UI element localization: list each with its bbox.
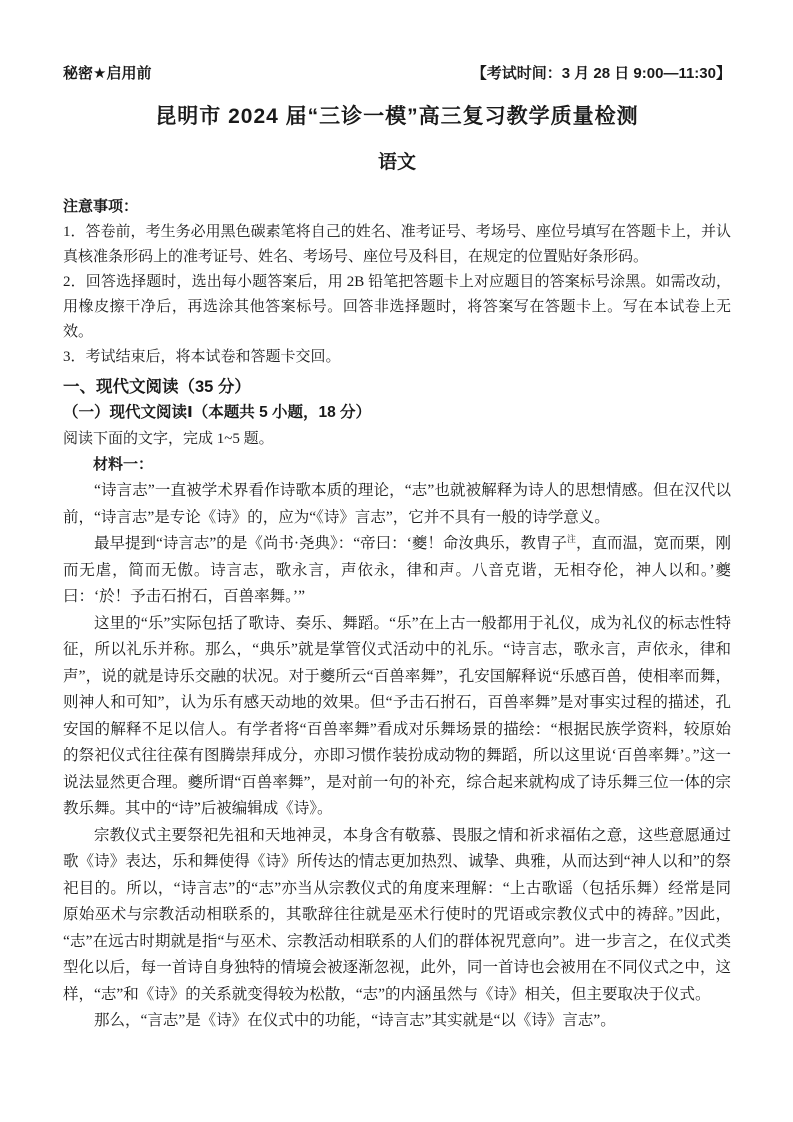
material-paragraph-2: 最早提到“诗言志”的是《尚书·尧典》：“帝曰：‘夔！命汝典乐，教胄子注，直而温，… (63, 531, 731, 611)
notice-item-2: 2．回答选择题时，选出每小题答案后，用 2B 铅笔把答题卡上对应题目的答案标号涂… (63, 270, 731, 345)
footnote-marker: 注 (567, 534, 576, 544)
material-paragraph-4: 宗教仪式主要祭祀先祖和天地神灵，本身含有敬慕、畏服之情和祈求福佑之意，这些意愿通… (63, 823, 731, 1009)
exam-time-label: 【考试时间：3 月 28 日 9:00—11:30】 (472, 62, 731, 83)
notice-section: 注意事项： 1．答卷前，考生务必用黑色碳素笔将自己的姓名、准考证号、考场号、座位… (63, 195, 731, 370)
material-one-body: “诗言志”一直被学术界看作诗歌本质的理论，“志”也就被解释为诗人的思想情感。但在… (63, 478, 731, 1035)
exam-paper-page: 秘密★启用前 【考试时间：3 月 28 日 9:00—11:30】 昆明市 20… (0, 0, 793, 1122)
material-one-label: 材料一： (63, 452, 731, 478)
notice-heading: 注意事项： (63, 195, 731, 220)
material-paragraph-5: 那么，“言志”是《诗》在仪式中的功能，“诗言志”其实就是“以《诗》言志”。 (63, 1008, 731, 1035)
section-heading-modern-reading: 一、现代文阅读（35 分） (63, 374, 731, 400)
notice-item-1: 1．答卷前，考生务必用黑色碳素笔将自己的姓名、准考证号、考场号、座位号填写在答题… (63, 220, 731, 270)
material-paragraph-1: “诗言志”一直被学术界看作诗歌本质的理论，“志”也就被解释为诗人的思想情感。但在… (63, 478, 731, 531)
subsection-heading-reading-1: （一）现代文阅读Ⅰ（本题共 5 小题，18 分） (63, 400, 731, 426)
notice-item-3: 3．考试结束后，将本试卷和答题卡交回。 (63, 345, 731, 370)
exam-subject: 语文 (63, 147, 731, 174)
security-classification-label: 秘密★启用前 (63, 62, 151, 83)
reading-instruction: 阅读下面的文字，完成 1~5 题。 (63, 426, 731, 452)
page-header: 秘密★启用前 【考试时间：3 月 28 日 9:00—11:30】 (63, 62, 731, 83)
exam-title: 昆明市 2024 届“三诊一模”高三复习教学质量检测 (63, 100, 731, 130)
material-paragraph-3: 这里的“乐”实际包括了歌诗、奏乐、舞蹈。“乐”在上古一般都用于礼仪，成为礼仪的标… (63, 611, 731, 823)
paragraph-2-text-before-note: 最早提到“诗言志”的是《尚书·尧典》：“帝曰：‘夔！命汝典乐，教胄子 (94, 535, 567, 552)
